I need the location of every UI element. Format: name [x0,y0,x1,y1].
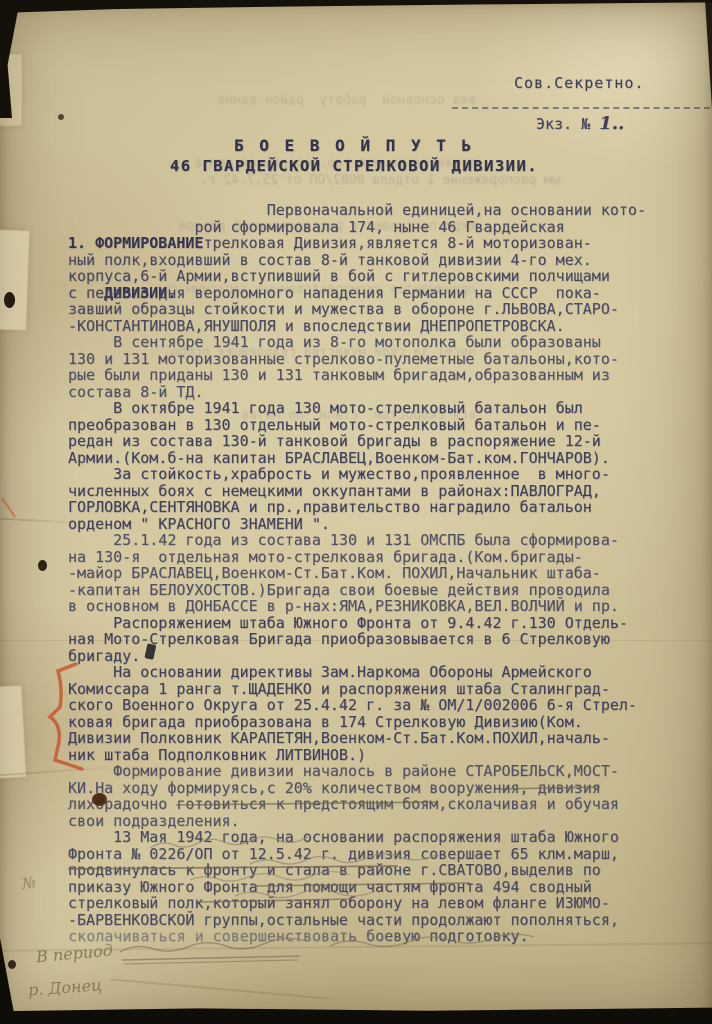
paragraph-6: Распоряжением штаба Южного Фронта от 9.4… [68,615,662,665]
ghost-line: вка основной работу район ванне [46,90,476,111]
classification-stamp: Сов.Секретно. [514,74,644,92]
copy-number-value: 1.. [599,113,624,134]
pencil-note-donets: р. Донец [27,975,102,999]
pencil-strikethrough [122,956,300,960]
pencil-note-period: В период [35,941,113,967]
faded-last-line: сколачиваться и совершенствовать боевую … [68,928,662,945]
paragraph-2: В сентябре 1941 года из 8-го мотополка б… [68,334,662,400]
red-edge-scratch [2,498,15,517]
copy-number: Экз. № 1.. [536,113,624,134]
paragraph-3: В октябре 1941 года 130 мото-стрелковый … [68,400,662,466]
copy-number-label: Экз. № [536,115,590,133]
paragraph-9: 13 Мая 1942 года, на основании распоряже… [68,829,662,928]
title-line-1: Б О Е В О Й П У Т Ь [84,136,624,155]
paper-hole [8,960,16,969]
paragraph-1: Первоначальной единицей,на основании кот… [68,202,662,334]
dashed-separator [452,107,710,109]
tape-strip [0,685,26,778]
paragraph-8: Формирование дивизии началось в районе С… [68,763,662,829]
document-page: вка основной работу район ванне движения… [0,0,712,1024]
document-title: Б О Е В О Й П У Т Ь 46 ГВАРДЕЙСКОЙ СТРЕЛ… [84,136,624,175]
document-body: 1. ФОРМИРОВАНИЕ ДИВИЗИИ. Первоначальной … [68,202,662,945]
margin-number-mark: № [21,873,38,893]
paragraph-7: На основании директивы Зам.Наркома Оборо… [68,664,662,763]
pencil-strikethrough [124,960,298,964]
paper-hole [38,560,47,571]
paragraph-4: За стойкость,храбрость и мужество,проявл… [68,466,662,532]
title-line-2: 46 ГВАРДЕЙСКОЙ СТРЕЛКОВОЙ ДИВИЗИИ. [84,157,624,175]
paper-crease [110,978,329,999]
tape-strip [0,229,30,330]
paper-hole [4,292,15,308]
paragraph-5: 25.1.42 года из состава 130 и 131 ОМСПБ … [68,532,662,615]
paper-speck [58,114,64,120]
document-photo: вка основной работу район ванне движения… [0,0,712,1024]
paper-hole [92,793,107,806]
